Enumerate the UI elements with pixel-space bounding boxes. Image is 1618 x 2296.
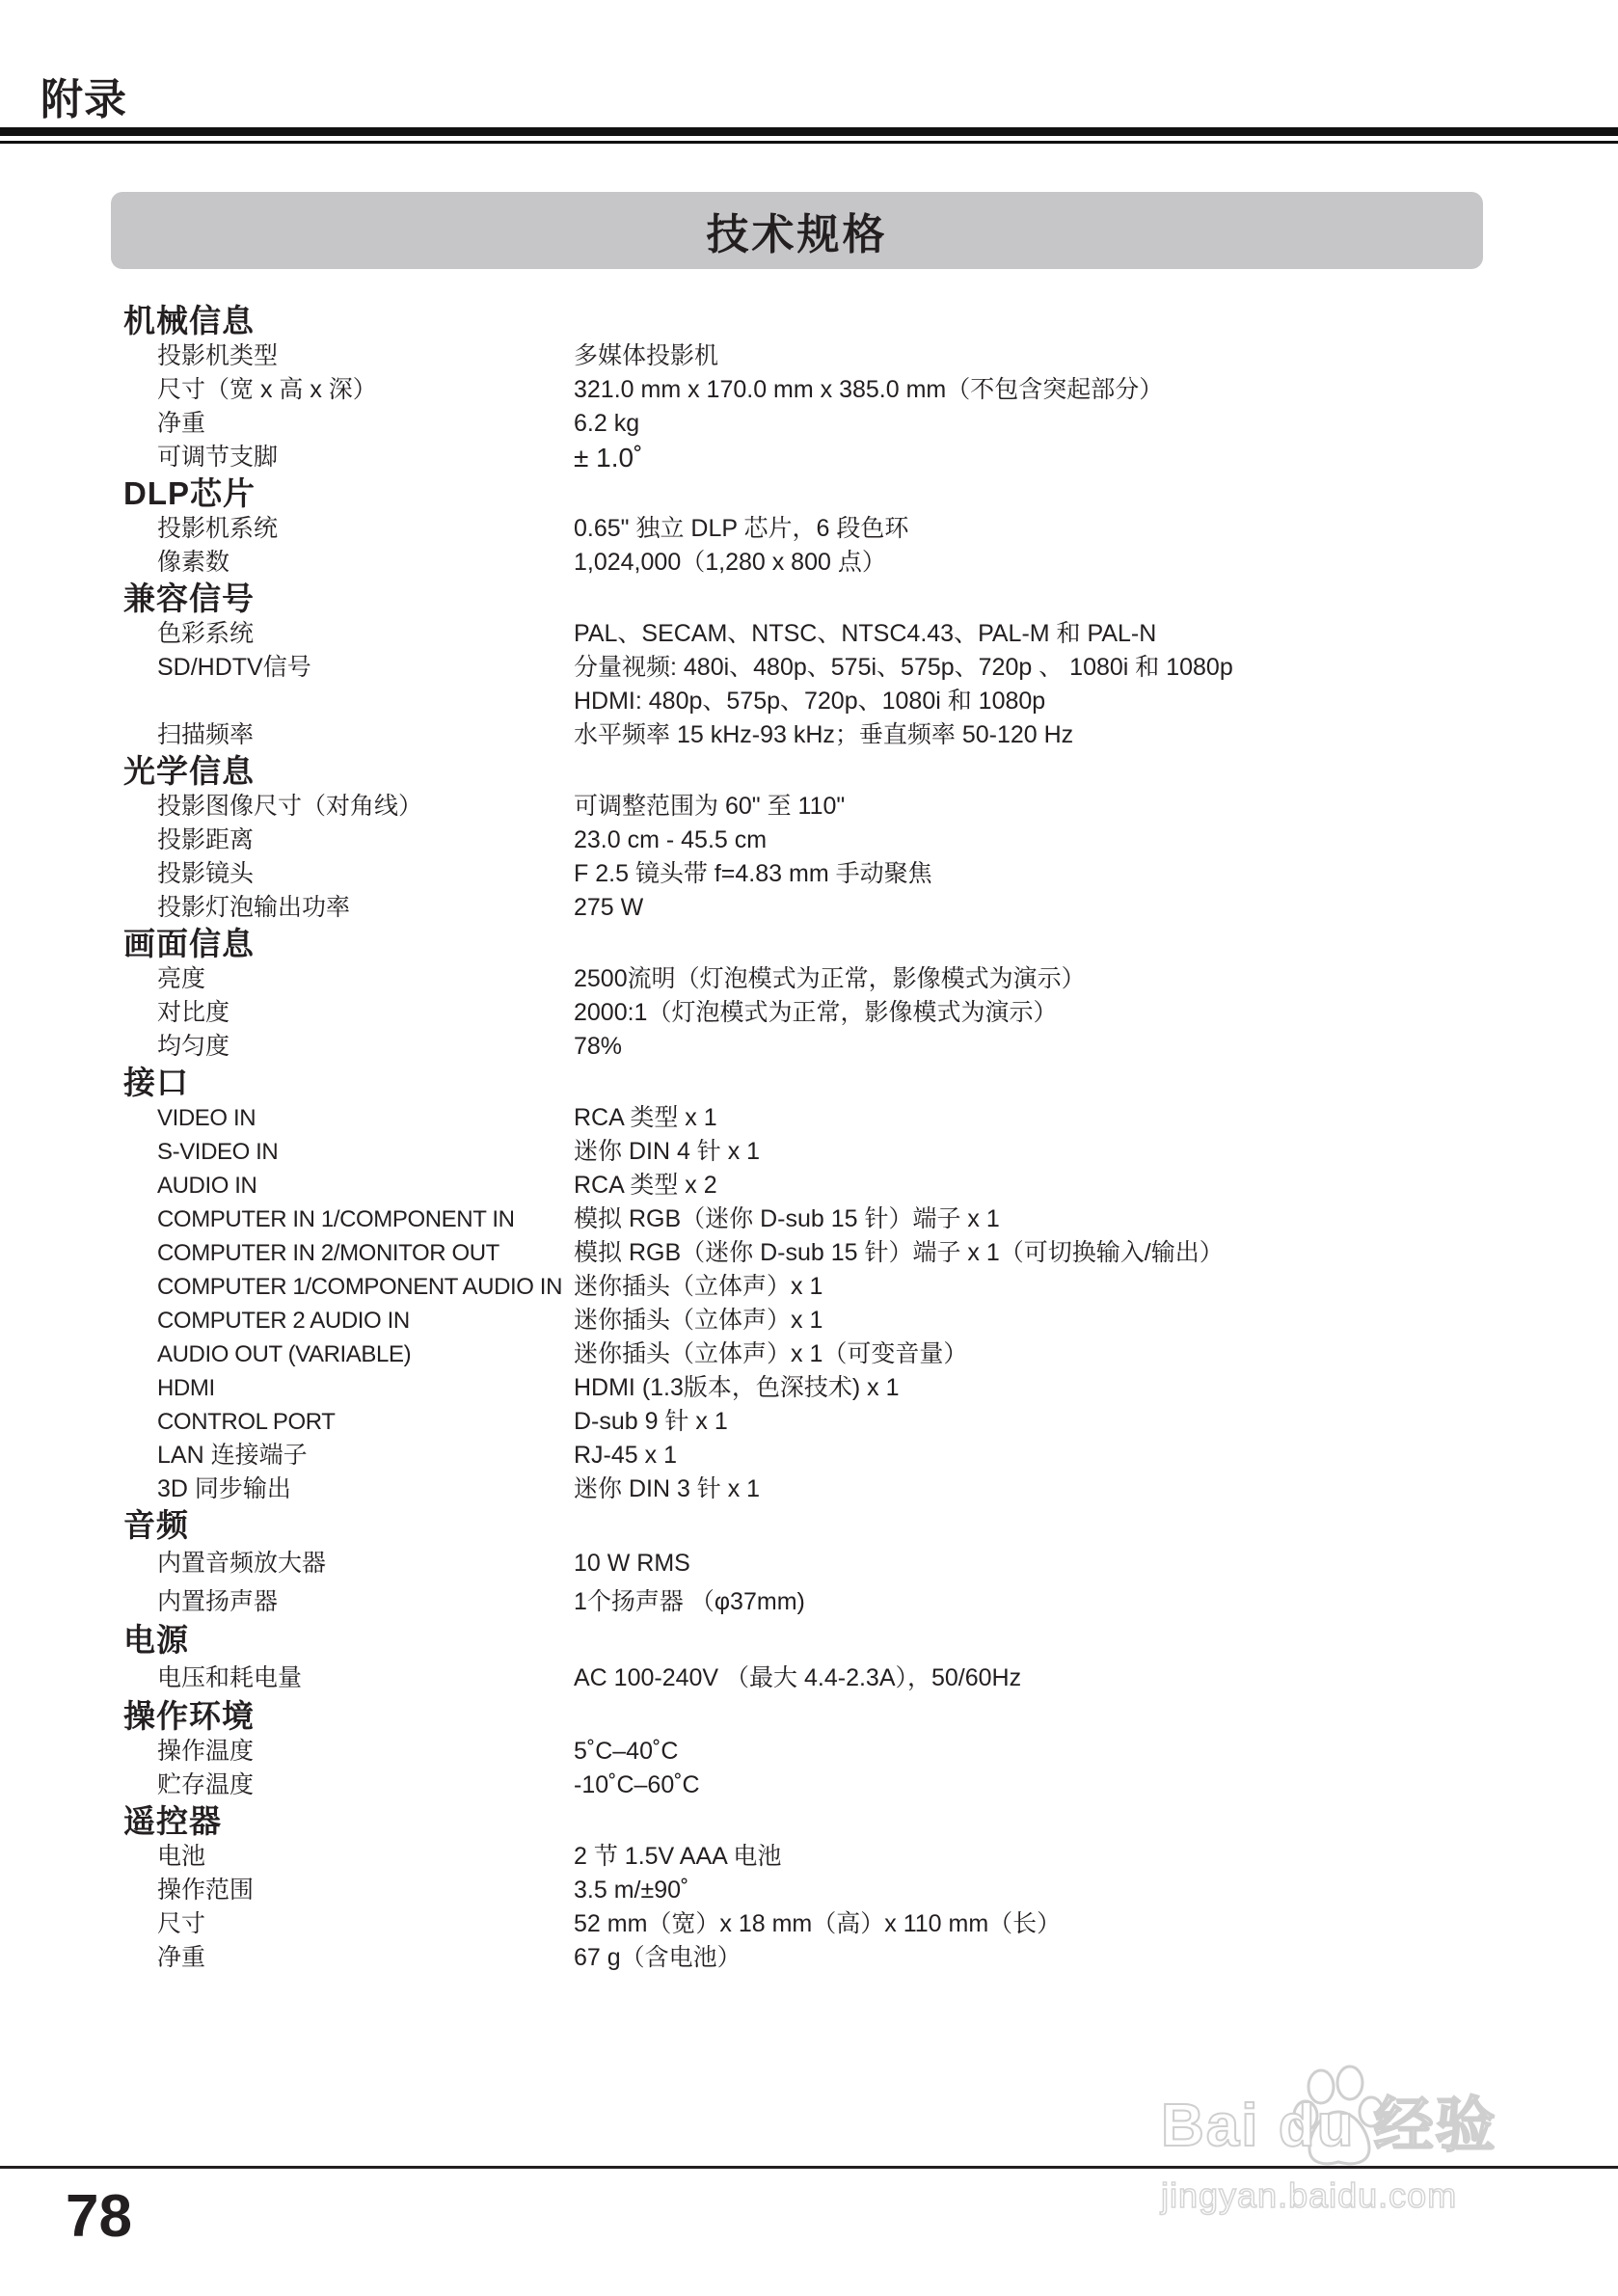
section-heading-terminals: 接口	[123, 1064, 1473, 1101]
spec-label: 对比度	[123, 996, 574, 1030]
section-heading-environment: 操作环境	[123, 1697, 1473, 1735]
spec-value: HDMI (1.3版本，色深技术) x 1	[574, 1371, 900, 1405]
spec-row: 投影灯泡输出功率275 W	[123, 891, 1473, 925]
spec-value: -10˚C–60˚C	[574, 1769, 700, 1802]
spec-value: 1个扬声器 （φ37mm)	[574, 1582, 805, 1621]
section-banner: 技术规格	[111, 192, 1483, 269]
spec-row: 贮存温度-10˚C–60˚C	[123, 1769, 1473, 1802]
spec-label: 净重	[123, 407, 574, 441]
spec-value: 10 W RMS	[574, 1544, 690, 1582]
spec-value: 321.0 mm x 170.0 mm x 385.0 mm（不包含突起部分）	[574, 373, 1163, 407]
spec-row: 内置扬声器1个扬声器 （φ37mm)	[123, 1582, 1473, 1621]
spec-row: 内置音频放大器10 W RMS	[123, 1544, 1473, 1582]
spec-label: HDMI	[123, 1371, 574, 1405]
spec-value: 多媒体投影机	[574, 339, 718, 373]
spec-value: 2000:1（灯泡模式为正常，影像模式为演示）	[574, 996, 1057, 1030]
spec-row: LAN 连接端子RJ-45 x 1	[123, 1439, 1473, 1472]
section-heading-mechanical: 机械信息	[123, 302, 1473, 339]
spec-row: 投影距离23.0 cm - 45.5 cm	[123, 824, 1473, 857]
spec-label: 像素数	[123, 546, 574, 580]
spec-value: RJ-45 x 1	[574, 1439, 677, 1472]
spec-value: 迷你插头（立体声）x 1	[574, 1304, 822, 1337]
spec-value: D-sub 9 针 x 1	[574, 1405, 728, 1439]
spec-row: 亮度2500流明（灯泡模式为正常，影像模式为演示）	[123, 962, 1473, 996]
spec-label: 色彩系统	[123, 617, 574, 651]
spec-value: 0.65" 独立 DLP 芯片，6 段色环	[574, 512, 908, 546]
spec-row: HDMIHDMI (1.3版本，色深技术) x 1	[123, 1371, 1473, 1405]
spec-row: 尺寸52 mm（宽）x 18 mm（高）x 110 mm（长）	[123, 1907, 1473, 1941]
spec-label: COMPUTER 1/COMPONENT AUDIO IN	[123, 1270, 574, 1304]
spec-row: COMPUTER 2 AUDIO IN迷你插头（立体声）x 1	[123, 1304, 1473, 1337]
spec-label: 均匀度	[123, 1030, 574, 1064]
spec-row: 均匀度78%	[123, 1030, 1473, 1064]
spec-value: 2500流明（灯泡模式为正常，影像模式为演示）	[574, 962, 1086, 996]
spec-label: 3D 同步输出	[123, 1472, 574, 1506]
spec-label: 操作范围	[123, 1874, 574, 1907]
spec-label: AUDIO OUT (VARIABLE)	[123, 1337, 574, 1371]
spec-row: COMPUTER IN 1/COMPONENT IN模拟 RGB（迷你 D-su…	[123, 1202, 1473, 1236]
spec-row: AUDIO OUT (VARIABLE)迷你插头（立体声）x 1（可变音量）	[123, 1337, 1473, 1371]
spec-value: 迷你 DIN 3 针 x 1	[574, 1472, 760, 1506]
spec-label: 扫描频率	[123, 718, 574, 752]
spec-value: 模拟 RGB（迷你 D-sub 15 针）端子 x 1（可切换输入/输出）	[574, 1236, 1224, 1270]
spec-label: 投影灯泡输出功率	[123, 891, 574, 925]
spec-label: 净重	[123, 1941, 574, 1975]
spec-value: PAL、SECAM、NTSC、NTSC4.43、PAL-M 和 PAL-N	[574, 617, 1156, 651]
spec-label: 投影镜头	[123, 857, 574, 891]
spec-row: CONTROL PORTD-sub 9 针 x 1	[123, 1405, 1473, 1439]
spec-row: 3D 同步输出迷你 DIN 3 针 x 1	[123, 1472, 1473, 1506]
section-heading-dlp-chip: DLP芯片	[123, 474, 1473, 512]
spec-row: 色彩系统PAL、SECAM、NTSC、NTSC4.43、PAL-M 和 PAL-…	[123, 617, 1473, 651]
header-rule-thick	[0, 127, 1618, 136]
spec-row: VIDEO INRCA 类型 x 1	[123, 1101, 1473, 1135]
spec-label: 操作温度	[123, 1735, 574, 1769]
spec-label: S-VIDEO IN	[123, 1135, 574, 1169]
watermark-brand: Bai du 经验	[1161, 2093, 1497, 2160]
spec-value: RCA 类型 x 1	[574, 1101, 717, 1135]
spec-value: AC 100-240V （最大 4.4-2.3A），50/60Hz	[574, 1659, 1021, 1697]
watermark-url: jingyan.baidu.com	[1161, 2174, 1457, 2217]
spec-value: F 2.5 镜头带 f=4.83 mm 手动聚焦	[574, 857, 932, 891]
spec-row: 投影机类型多媒体投影机	[123, 339, 1473, 373]
footer-rule	[0, 2166, 1618, 2169]
header-rule-thin	[0, 141, 1618, 144]
spec-value: 2 节 1.5V AAA 电池	[574, 1840, 781, 1874]
spec-label: COMPUTER IN 1/COMPONENT IN	[123, 1202, 574, 1236]
spec-row: COMPUTER 1/COMPONENT AUDIO IN迷你插头（立体声）x …	[123, 1270, 1473, 1304]
spec-value: 3.5 m/±90˚	[574, 1874, 688, 1907]
spec-value: 5˚C–40˚C	[574, 1735, 678, 1769]
spec-row: 尺寸（宽 x 高 x 深）321.0 mm x 170.0 mm x 385.0…	[123, 373, 1473, 407]
spec-row: COMPUTER IN 2/MONITOR OUT模拟 RGB（迷你 D-sub…	[123, 1236, 1473, 1270]
spec-value: 迷你插头（立体声）x 1	[574, 1270, 822, 1304]
spec-label: CONTROL PORT	[123, 1405, 574, 1439]
spec-label: LAN 连接端子	[123, 1439, 574, 1472]
section-heading-compatible-signals: 兼容信号	[123, 580, 1473, 617]
spec-row: SD/HDTV信号分量视频: 480i、480p、575i、575p、720p …	[123, 651, 1473, 718]
spec-label: 电压和耗电量	[123, 1659, 574, 1697]
spec-label: 内置音频放大器	[123, 1544, 574, 1582]
spec-row: 可调节支脚± 1.0˚	[123, 441, 1473, 474]
spec-label: 可调节支脚	[123, 441, 574, 474]
spec-label: VIDEO IN	[123, 1101, 574, 1135]
spec-label: SD/HDTV信号	[123, 651, 574, 718]
spec-label: 贮存温度	[123, 1769, 574, 1802]
spec-row: 操作范围3.5 m/±90˚	[123, 1874, 1473, 1907]
spec-row: 电池2 节 1.5V AAA 电池	[123, 1840, 1473, 1874]
spec-row: 操作温度5˚C–40˚C	[123, 1735, 1473, 1769]
spec-row: 像素数1,024,000（1,280 x 800 点）	[123, 546, 1473, 580]
spec-value: 迷你 DIN 4 针 x 1	[574, 1135, 760, 1169]
spec-row: S-VIDEO IN迷你 DIN 4 针 x 1	[123, 1135, 1473, 1169]
spec-value: 78%	[574, 1030, 622, 1064]
spec-label: 内置扬声器	[123, 1582, 574, 1621]
spec-value: 分量视频: 480i、480p、575i、575p、720p 、 1080i 和…	[574, 651, 1233, 718]
spec-value: 可调整范围为 60" 至 110"	[574, 790, 845, 824]
spec-label: 亮度	[123, 962, 574, 996]
spec-label: COMPUTER IN 2/MONITOR OUT	[123, 1236, 574, 1270]
spec-value: 67 g（含电池）	[574, 1941, 742, 1975]
spec-value: 迷你插头（立体声）x 1（可变音量）	[574, 1337, 967, 1371]
spec-row: AUDIO INRCA 类型 x 2	[123, 1169, 1473, 1202]
page-number: 78	[66, 2181, 132, 2253]
spec-row: 对比度2000:1（灯泡模式为正常，影像模式为演示）	[123, 996, 1473, 1030]
spec-label: 投影图像尺寸（对角线）	[123, 790, 574, 824]
spec-row: 净重6.2 kg	[123, 407, 1473, 441]
spec-label: COMPUTER 2 AUDIO IN	[123, 1304, 574, 1337]
spec-value: ± 1.0˚	[574, 441, 642, 474]
spec-row: 投影图像尺寸（对角线）可调整范围为 60" 至 110"	[123, 790, 1473, 824]
page-title: 技术规格	[707, 200, 888, 261]
paw-icon	[1282, 2056, 1398, 2172]
section-heading-picture: 画面信息	[123, 925, 1473, 962]
spec-list: 机械信息 投影机类型多媒体投影机 尺寸（宽 x 高 x 深）321.0 mm x…	[123, 302, 1473, 1975]
spec-label: AUDIO IN	[123, 1169, 574, 1202]
spec-label: 投影机系统	[123, 512, 574, 546]
spec-label: 电池	[123, 1840, 574, 1874]
chapter-title: 附录	[40, 73, 127, 127]
section-heading-optical: 光学信息	[123, 752, 1473, 790]
spec-row: 净重67 g（含电池）	[123, 1941, 1473, 1975]
spec-label: 投影距离	[123, 824, 574, 857]
spec-value: 水平频率 15 kHz-93 kHz；垂直频率 50-120 Hz	[574, 718, 1073, 752]
spec-value: RCA 类型 x 2	[574, 1169, 717, 1202]
spec-value: 23.0 cm - 45.5 cm	[574, 824, 767, 857]
spec-label: 尺寸	[123, 1907, 574, 1941]
section-heading-power: 电源	[123, 1621, 1473, 1659]
baidu-watermark: Bai du 经验 jingyan.baidu.com	[1147, 2054, 1533, 2228]
spec-row: 投影机系统0.65" 独立 DLP 芯片，6 段色环	[123, 512, 1473, 546]
spec-value: 6.2 kg	[574, 407, 639, 441]
spec-label: 尺寸（宽 x 高 x 深）	[123, 373, 574, 407]
spec-value: 52 mm（宽）x 18 mm（高）x 110 mm（长）	[574, 1907, 1061, 1941]
spec-value: 模拟 RGB（迷你 D-sub 15 针）端子 x 1	[574, 1202, 1000, 1236]
section-heading-audio: 音频	[123, 1506, 1473, 1544]
spec-label: 投影机类型	[123, 339, 574, 373]
spec-row: 投影镜头F 2.5 镜头带 f=4.83 mm 手动聚焦	[123, 857, 1473, 891]
spec-row: 电压和耗电量AC 100-240V （最大 4.4-2.3A），50/60Hz	[123, 1659, 1473, 1697]
section-heading-remote-control: 遥控器	[123, 1802, 1473, 1840]
spec-row: 扫描频率水平频率 15 kHz-93 kHz；垂直频率 50-120 Hz	[123, 718, 1473, 752]
spec-value: 275 W	[574, 891, 643, 925]
spec-value: 1,024,000（1,280 x 800 点）	[574, 546, 886, 580]
